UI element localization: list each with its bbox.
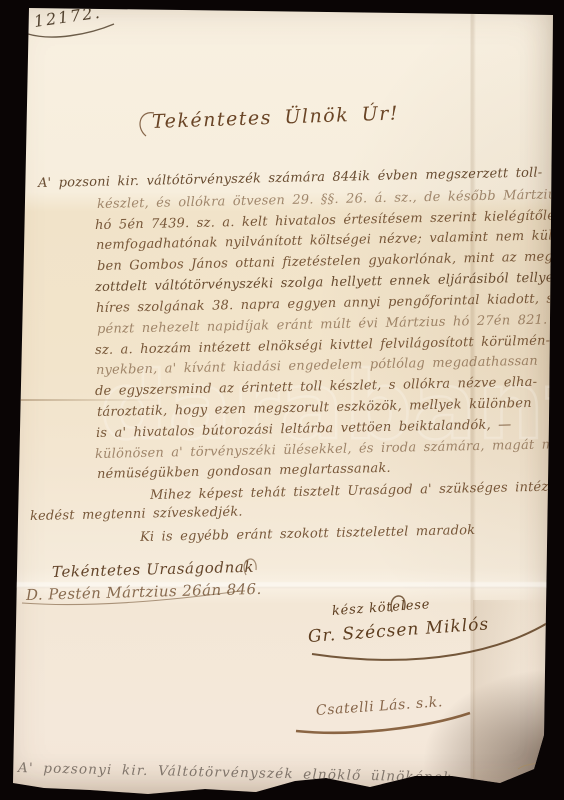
body-line: ben Gombos János ottani fizetéstelen gya… — [97, 249, 564, 274]
body-line: kedést megtenni szíveskedjék. — [30, 505, 243, 524]
photo-background: { "photo": { "background_color": "#0a050… — [0, 0, 564, 800]
body-line: híres szolgának 38. napra eggyen annyi p… — [96, 291, 554, 316]
body-line: pénzt nehezelt napidíjak eránt múlt évi … — [97, 313, 548, 337]
body-line: Ki is egyébb eránt szokott tisztelettel … — [140, 523, 476, 545]
reference-number: 12172. — [33, 3, 103, 31]
body-line: zottdelt váltótörvényszéki szolga hellye… — [95, 270, 564, 295]
body-line: készlet, és ollókra ötvesen 29. §§. 26. … — [97, 187, 564, 212]
body-line: A' pozsoni kir. váltótörvényszék számára… — [38, 165, 543, 191]
body-line: némüségükben gondosan meglartassanak. — [97, 461, 391, 482]
valediction: kész kötelese — [331, 597, 430, 619]
fold-crease-horizontal — [14, 399, 162, 401]
signature: Gr. Szécsen Miklós — [307, 614, 489, 647]
body-line: Mihez képest tehát tisztelt Uraságod a' … — [150, 480, 553, 503]
body-line: nemfogadhatónak nyilvánított költségei n… — [96, 228, 564, 253]
countersignature: Csatelli Lás. s.k. — [315, 694, 443, 719]
closing-addressee: Tekéntetes Uraságodnak — [52, 558, 255, 581]
letter-paper: darabanth 12172. Tekéntetes Ülnök Úr! A'… — [0, 0, 564, 800]
salutation: Tekéntetes Ülnök Úr! — [152, 102, 400, 133]
address-note: A' pozsonyi kir. Váltótörvényszék elnökl… — [18, 760, 458, 786]
